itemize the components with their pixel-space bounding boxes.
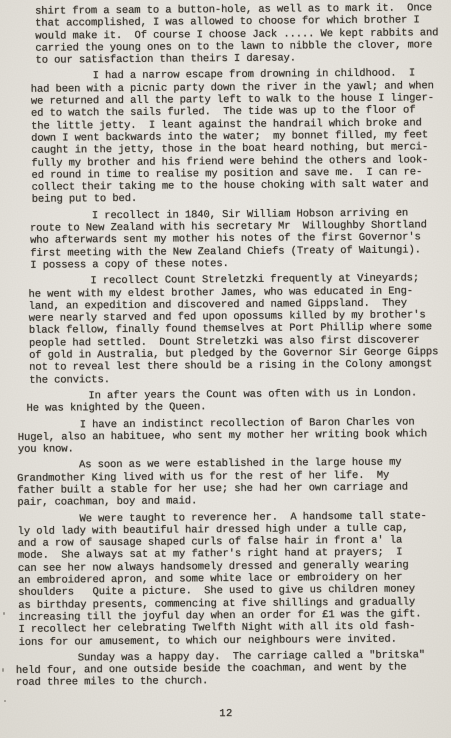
document-body: shirt from a seam to a button-hole, as w…	[0, 2, 451, 722]
paragraph-container: shirt from a seam to a button-hole, as w…	[0, 2, 451, 690]
paragraph: As soon as we were established in the la…	[17, 456, 451, 509]
page-number: 12	[219, 706, 451, 720]
paragraph: I recollect Count Streletzki frequently …	[28, 272, 451, 386]
paragraph: In after years the Count was often with …	[26, 387, 451, 415]
paragraph: I have an indistinct recollection of Bar…	[18, 416, 451, 457]
text-line: to our satisfaction than theirs I daresa…	[35, 51, 451, 67]
scan-speck	[2, 668, 4, 672]
text-line: road three miles to the church.	[16, 673, 451, 689]
text-line: being put to bed.	[32, 190, 451, 206]
text-line: pair, coachman, boy and maid.	[17, 493, 451, 509]
paragraph: We were taught to reverence her. A hands…	[17, 510, 451, 649]
paragraph: shirt from a seam to a button-hole, as w…	[35, 2, 451, 67]
scanned-page: shirt from a seam to a button-hole, as w…	[0, 0, 451, 738]
scan-speck	[3, 612, 5, 615]
text-line: He was knighted by the Queen.	[26, 399, 451, 415]
text-line: I possess a copy of these notes.	[30, 256, 451, 272]
paragraph: I had a narrow escape from drowning in c…	[31, 68, 451, 207]
paragraph: I recollect in 1840, Sir William Hobson …	[30, 207, 451, 272]
paragraph: Sunday was a happy day. The carriage cal…	[16, 649, 451, 690]
scan-speck	[4, 700, 6, 702]
